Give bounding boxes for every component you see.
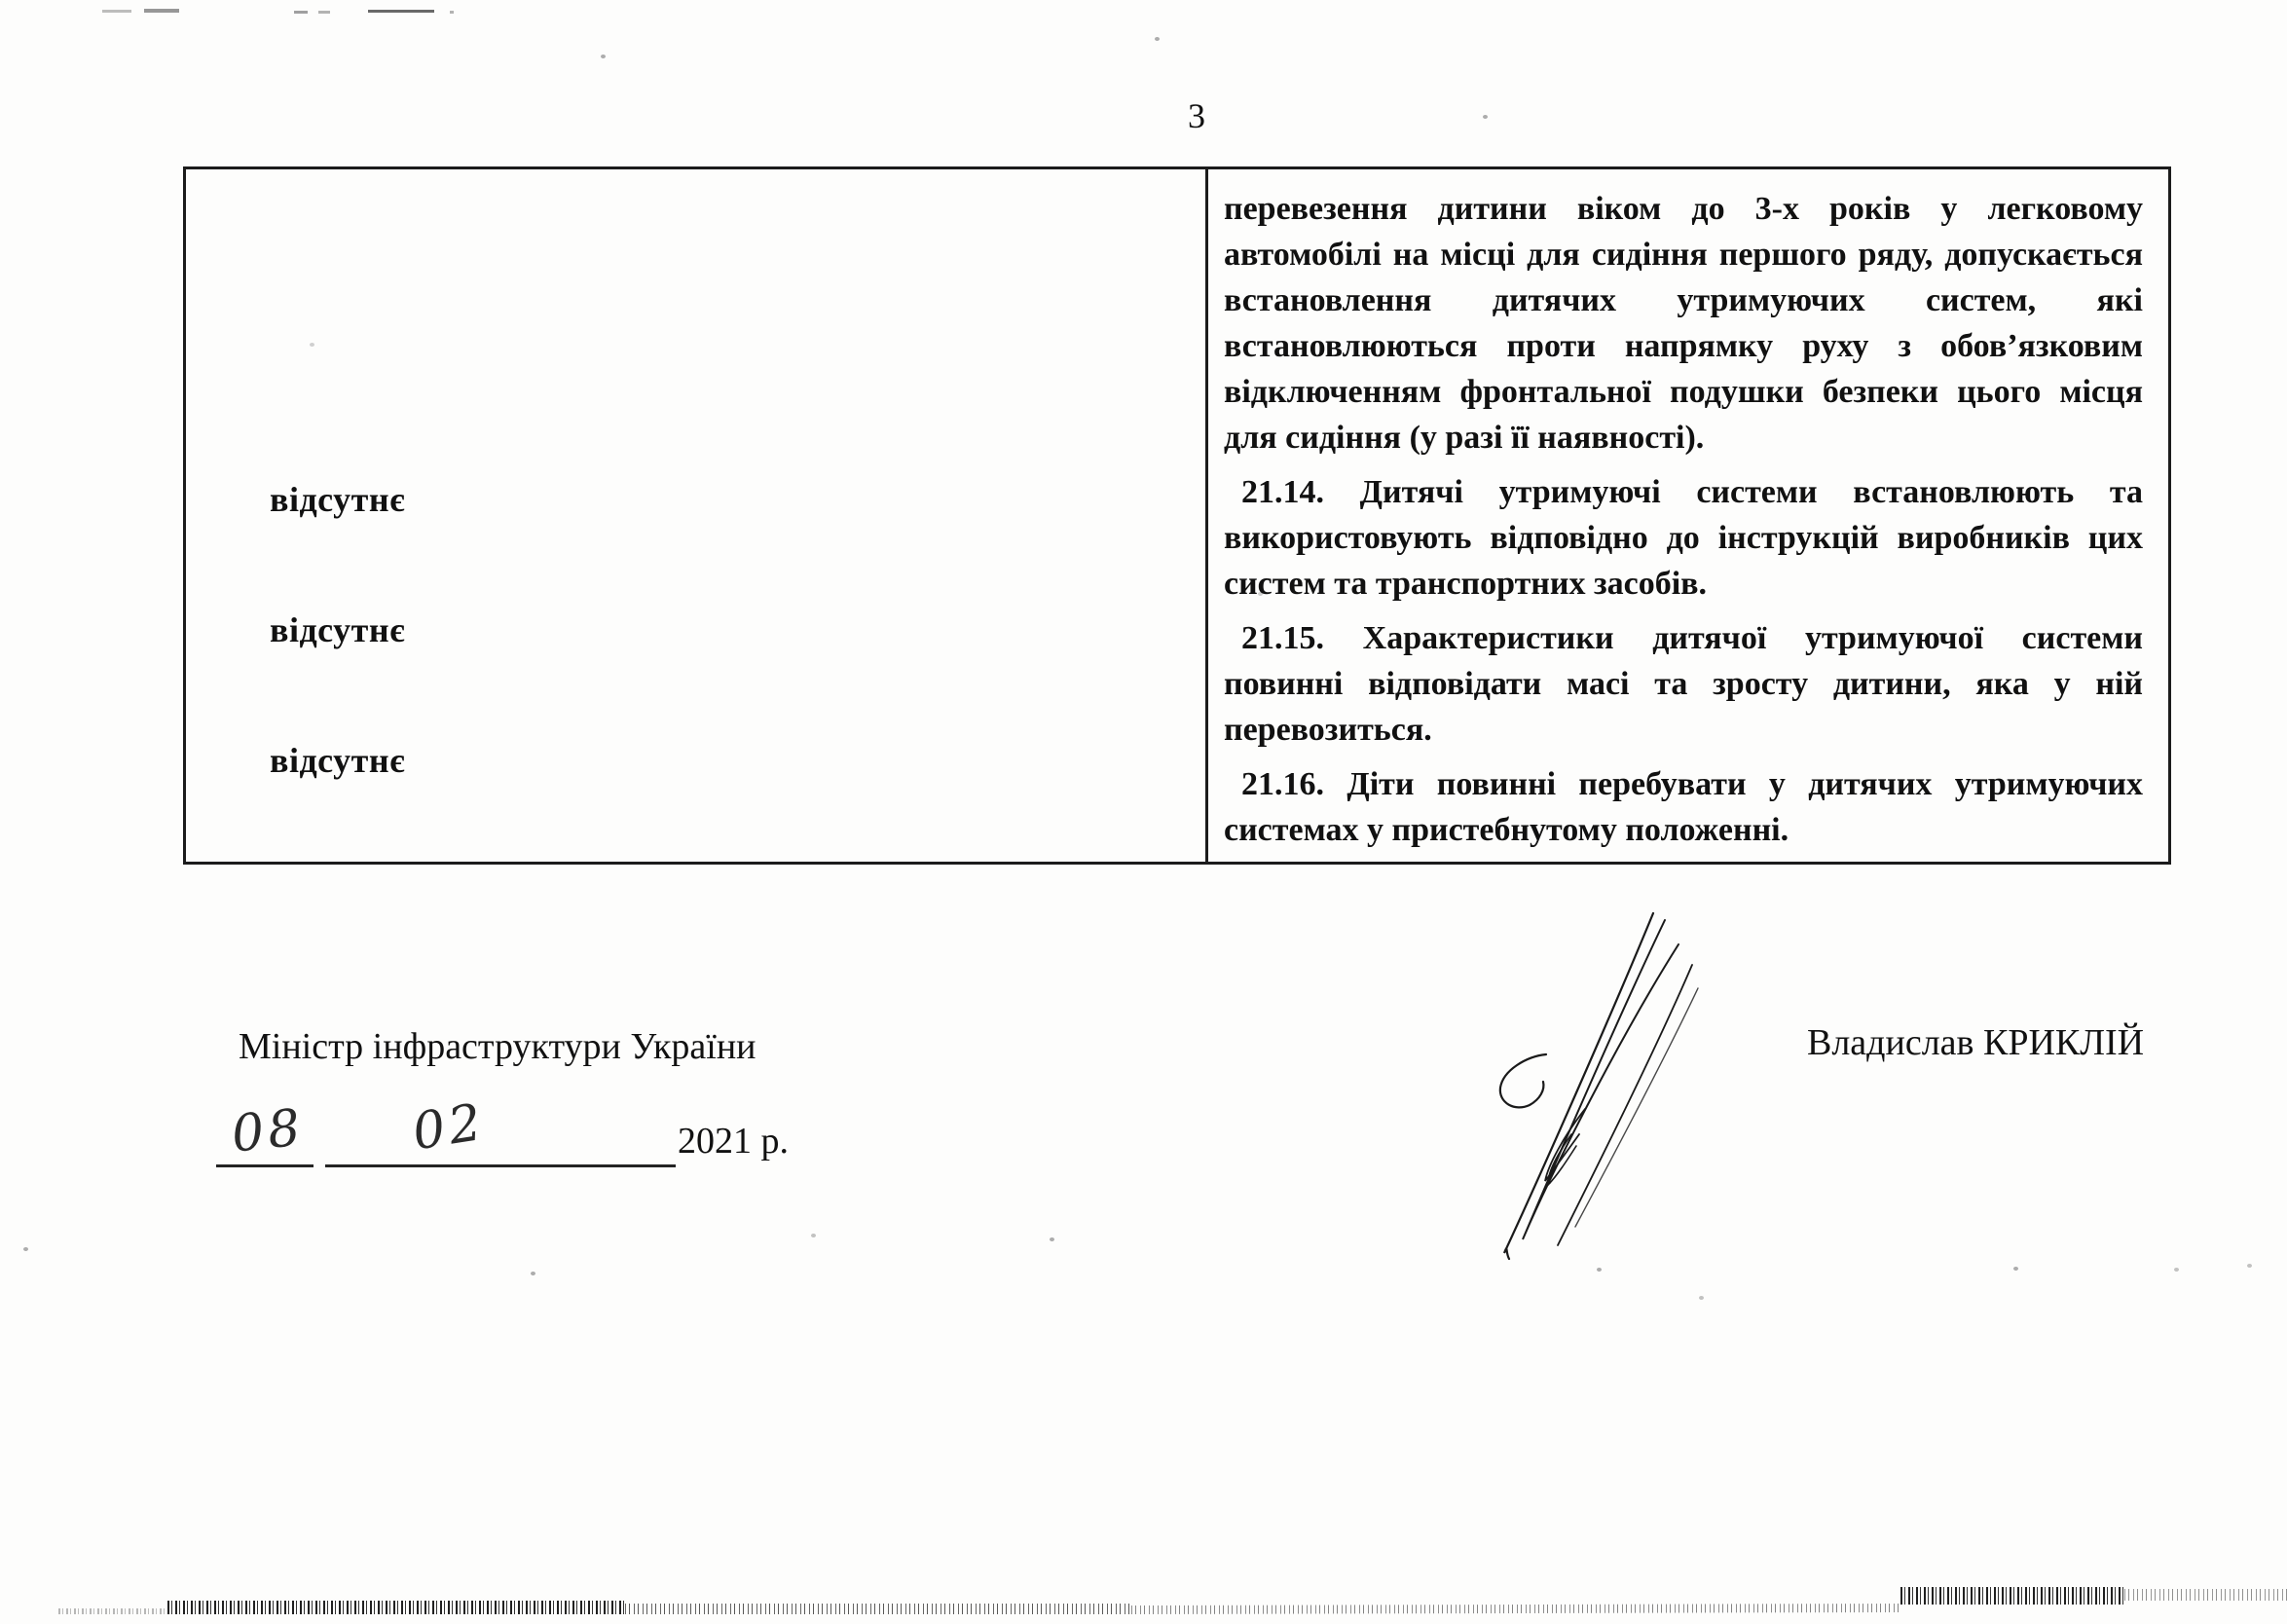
scan-artifact-dash <box>318 11 330 14</box>
scan-speck <box>1483 115 1488 119</box>
absent-entry: відсутнє <box>270 479 405 520</box>
scan-strip-bottom-mid <box>625 1604 1131 1614</box>
date-month-handwritten: 02 <box>409 1093 490 1163</box>
scan-speck <box>23 1247 28 1251</box>
scan-speck <box>2174 1268 2179 1272</box>
minister-title: Міністр інфраструктури України <box>239 1025 756 1068</box>
scan-strip-bottom-mid2 <box>1131 1604 1900 1614</box>
scan-speck <box>811 1234 816 1237</box>
scan-speck <box>2013 1267 2018 1271</box>
minister-name: Владислав КРИКЛІЙ <box>1807 1021 2144 1064</box>
scan-artifact-line <box>368 10 434 13</box>
clause-21-14-paragraph: 21.14. Дитячі утримуючі системи встановл… <box>1224 469 2143 607</box>
scan-strip-bottom-left-sparse <box>58 1608 166 1614</box>
table-left-column: відсутнє відсутнє відсутнє <box>186 169 1208 862</box>
content-table: відсутнє відсутнє відсутнє перевезення д… <box>183 166 2171 865</box>
scan-artifact-dot <box>450 11 454 14</box>
date-day-handwritten: 08 <box>229 1098 307 1163</box>
document-page: 3 відсутнє відсутнє відсутнє перевезення… <box>0 0 2287 1624</box>
table-right-column: перевезення дитини віком до 3-х років у … <box>1208 169 2168 862</box>
absent-entry: відсутнє <box>270 609 405 650</box>
date-month-underline <box>325 1164 676 1167</box>
scan-strip-bottom-right-dense <box>1900 1587 2124 1605</box>
clause-21-16-paragraph: 21.16. Діти повинні перебувати у дитячих… <box>1224 761 2143 853</box>
scan-strip-bottom-left-dense <box>167 1601 625 1614</box>
scan-speck <box>531 1272 535 1275</box>
scan-artifact-dash <box>102 10 131 13</box>
clause-21-15-paragraph: 21.15. Характеристики дитячої утримуючої… <box>1224 615 2143 753</box>
scan-speck <box>601 55 606 58</box>
date-year: 2021 р. <box>678 1120 789 1163</box>
signature-scribble <box>1449 891 1741 1300</box>
absent-entry: відсутнє <box>270 740 405 781</box>
page-number: 3 <box>1188 95 1205 136</box>
clause-continuation-paragraph: перевезення дитини віком до 3-х років у … <box>1224 186 2143 461</box>
scan-speck <box>1050 1237 1054 1241</box>
scan-speck <box>1155 37 1160 41</box>
scan-artifact-dash <box>294 11 308 14</box>
scan-speck <box>2247 1264 2252 1268</box>
date-day-underline <box>216 1164 314 1167</box>
scan-artifact-dash <box>144 9 179 13</box>
scan-strip-bottom-right-sparse <box>2124 1589 2287 1601</box>
